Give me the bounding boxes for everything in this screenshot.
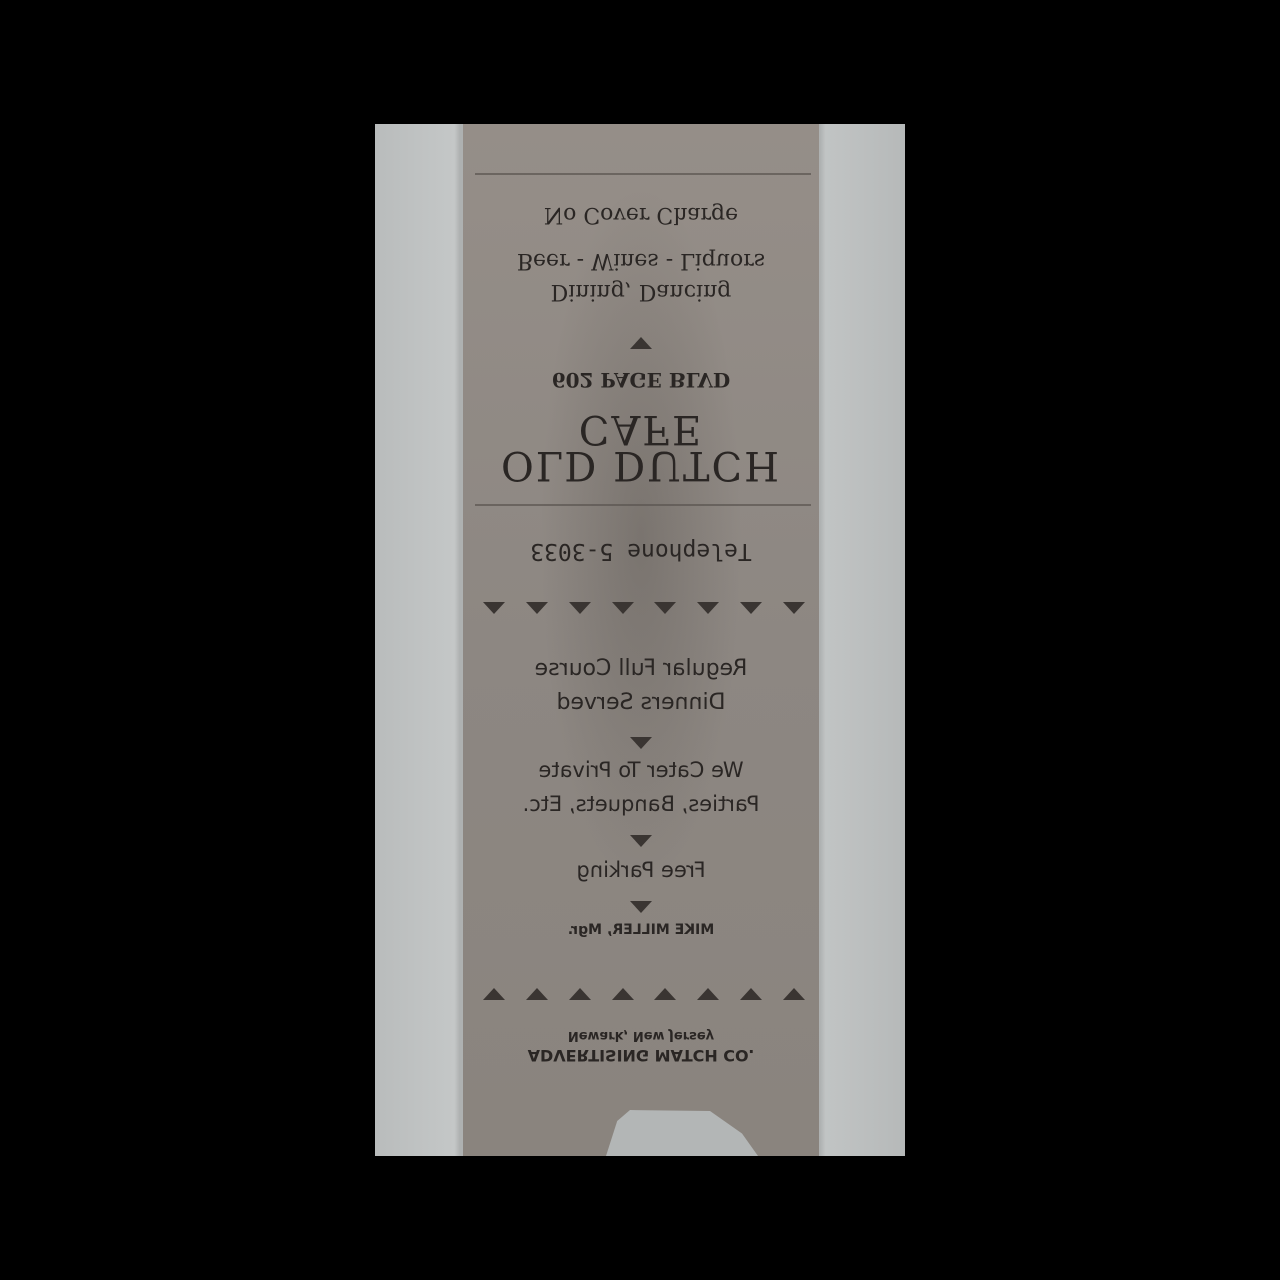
triangle-icon — [783, 602, 805, 614]
maker-name-text: ADVERTISING MATCH CO. — [463, 1046, 819, 1065]
maker-location-text: Newark, New Jersey — [463, 1028, 819, 1043]
free-parking-text: Free Parking — [463, 858, 819, 882]
triangle-row-top — [483, 602, 805, 614]
manager-text: MIKE MILLER, Mgr. — [463, 922, 819, 938]
triangle-icon — [612, 602, 634, 614]
triangle-icon — [526, 988, 548, 1000]
triangle-icon — [697, 602, 719, 614]
fold-line — [475, 173, 811, 175]
triangle-icon — [463, 898, 819, 917]
no-cover-charge-text: No Cover Charge — [463, 202, 819, 227]
address-text: 602 PAGE BLVD — [463, 368, 819, 392]
parties-text: Parties, Banquets, Etc. — [463, 792, 819, 816]
triangle-icon — [483, 602, 505, 614]
triangle-icon — [569, 602, 591, 614]
triangle-icon — [463, 734, 819, 753]
dining-dancing-text: Dining, Dancing — [463, 279, 819, 304]
triangle-icon — [569, 988, 591, 1000]
triangle-icon — [483, 988, 505, 1000]
triangle-icon — [740, 602, 762, 614]
triangle-icon — [697, 988, 719, 1000]
cater-text: We Cater To Private — [463, 758, 819, 782]
telephone-text: Telephone 5-3033 — [463, 538, 819, 564]
regular-course-text: Regular Full Course — [463, 656, 819, 681]
dinners-served-text: Dinners Served — [463, 690, 819, 715]
beverages-text: Beer - Wines - Liquors — [463, 248, 819, 273]
triangle-icon — [463, 832, 819, 851]
divider-line — [475, 504, 811, 506]
old-dutch-text: OLD DUTCH — [463, 442, 819, 488]
triangle-icon — [612, 988, 634, 1000]
matchbook-cover: No Cover Charge Beer - Wines - Liquors D… — [463, 124, 819, 1156]
torn-edge — [598, 1106, 758, 1156]
triangle-icon — [526, 602, 548, 614]
triangle-icon — [783, 988, 805, 1000]
triangle-icon — [740, 988, 762, 1000]
triangle-icon — [463, 334, 819, 353]
triangle-icon — [654, 602, 676, 614]
triangle-row-bottom — [483, 988, 805, 1000]
triangle-icon — [654, 988, 676, 1000]
